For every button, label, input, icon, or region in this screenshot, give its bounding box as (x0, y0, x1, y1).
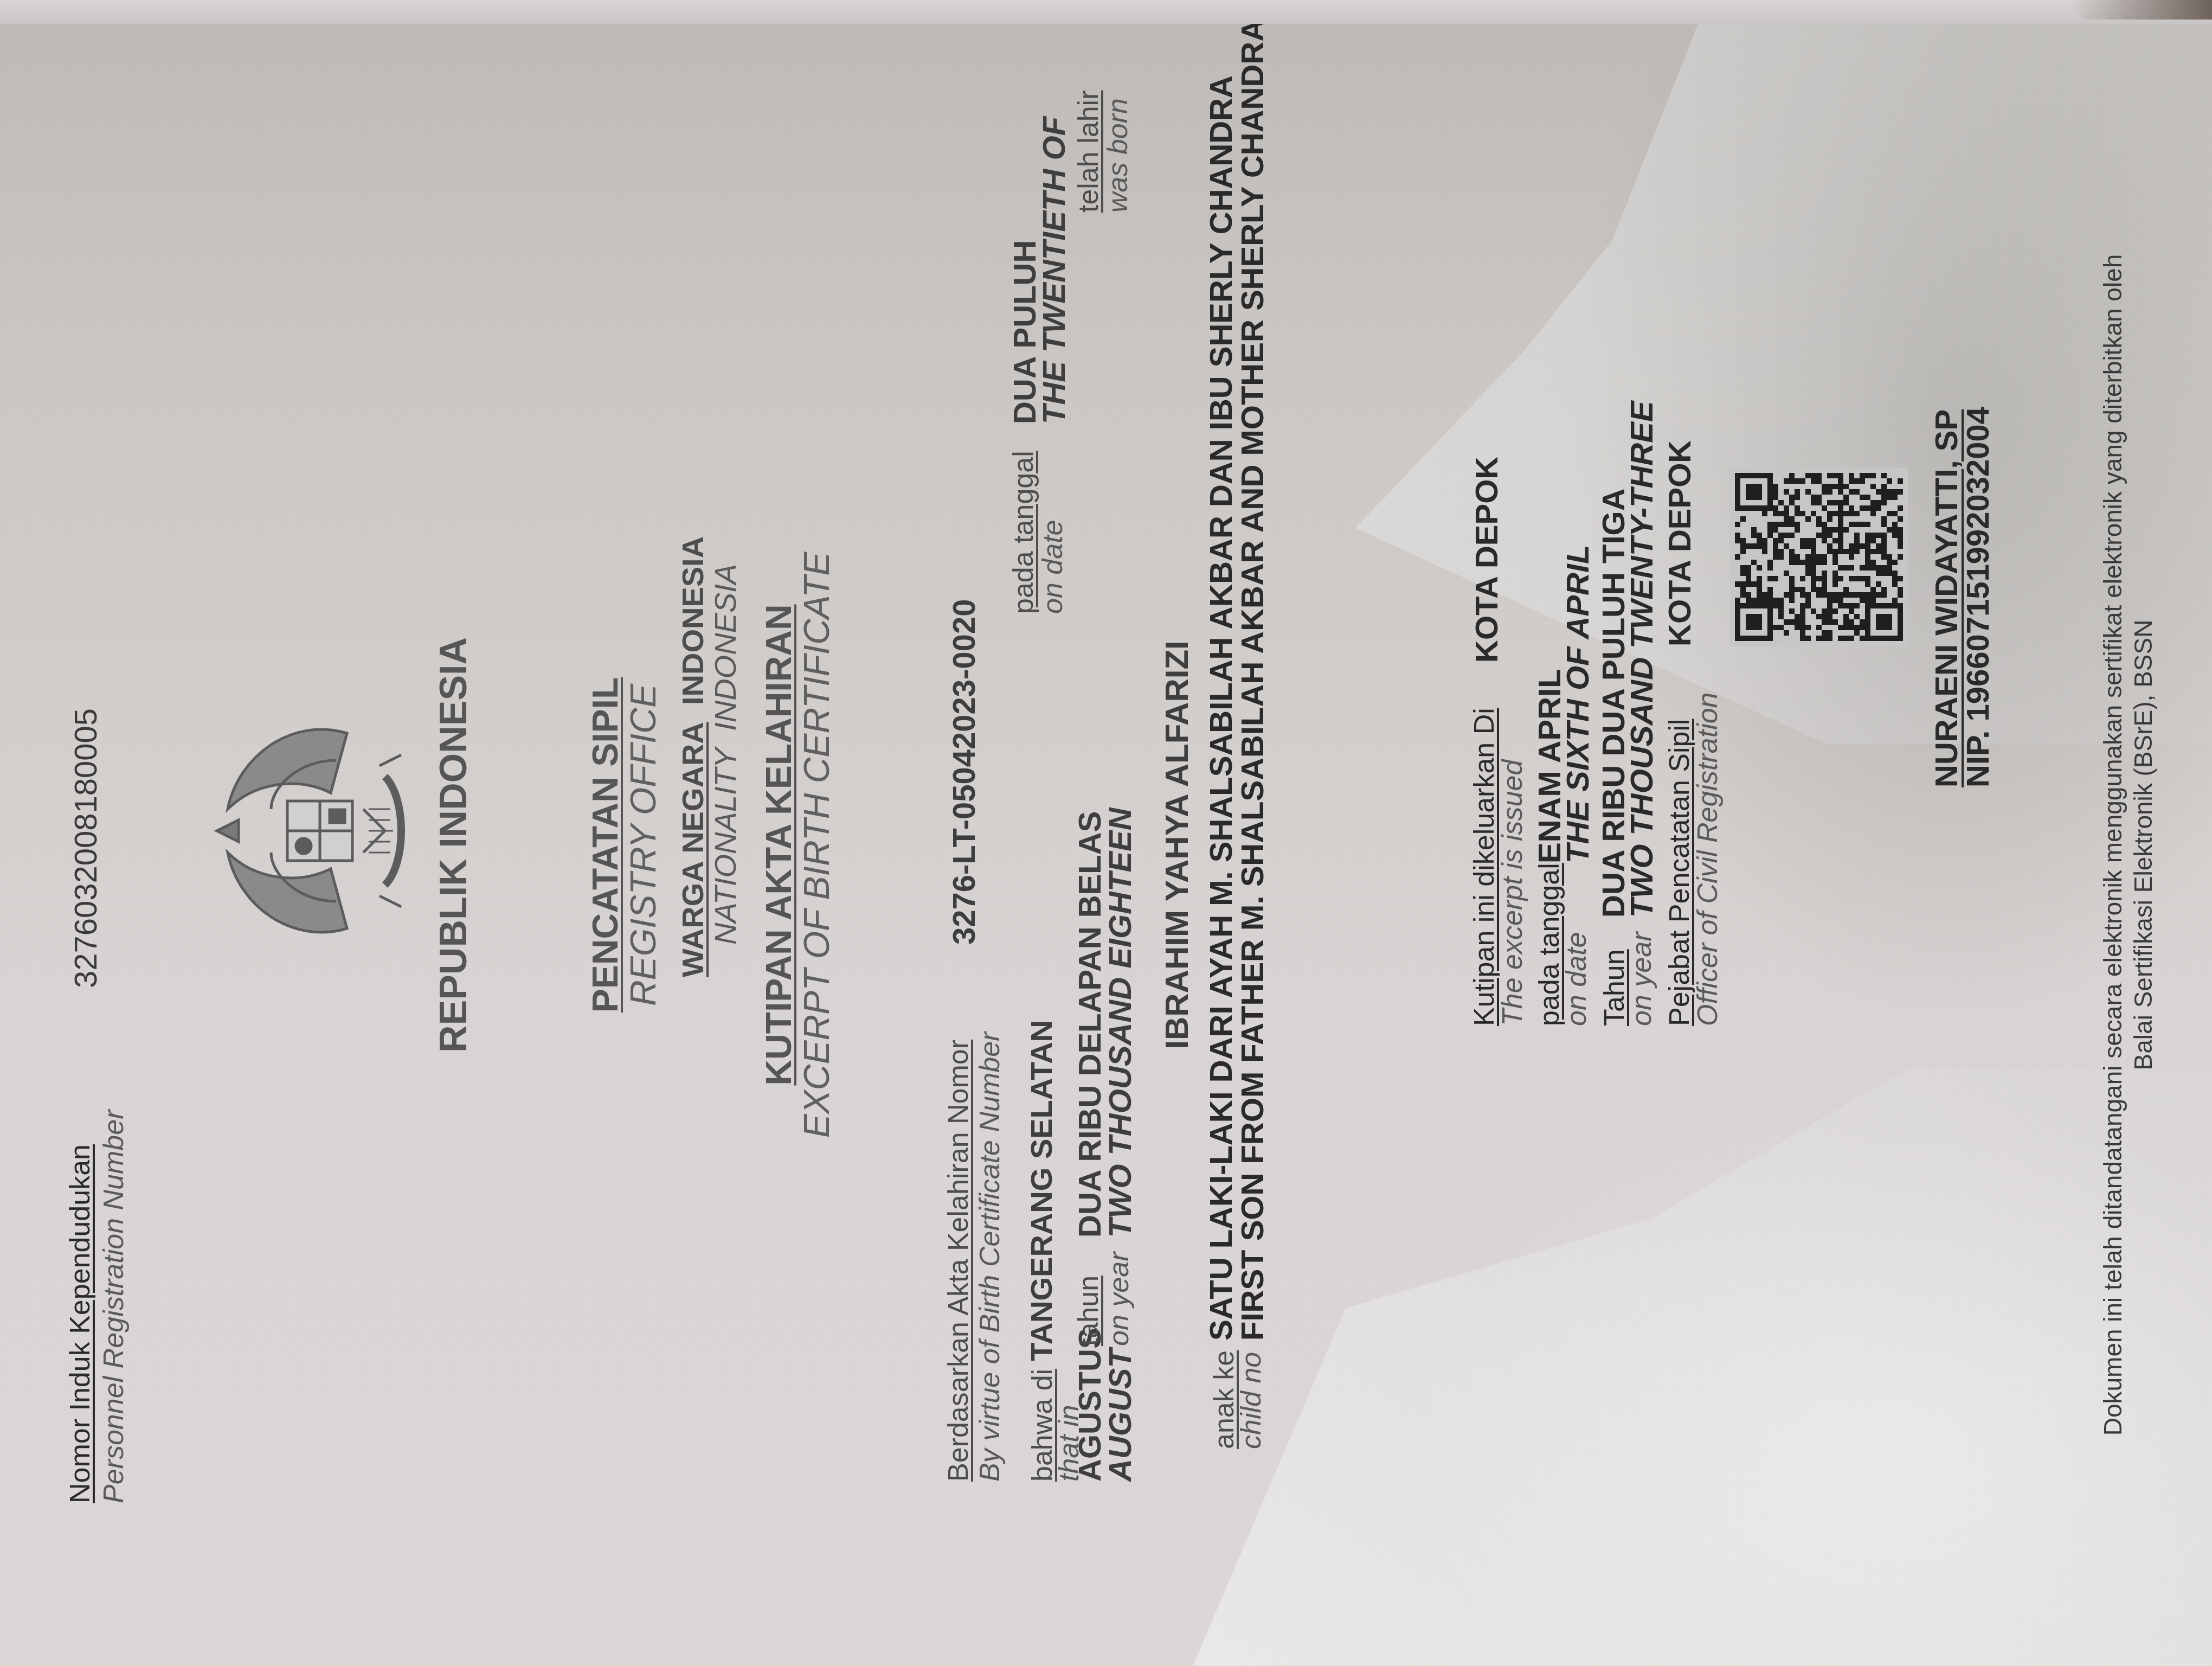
nik-value: 3276032008180005 (69, 708, 103, 988)
child-order-value-en: FIRST SON FROM FATHER M. SHALSABILAH AKB… (1236, 24, 1270, 1341)
officer-label: Pejabat Pencatatan Sipil (1664, 719, 1695, 1026)
light-glare (1193, 1069, 2212, 1666)
issue-year-label-en: on year (1626, 932, 1657, 1026)
birth-year-value-en: TWO THOUSAND EIGHTEEN (1104, 808, 1137, 1238)
office-title-en: REGISTRY OFFICE (623, 24, 663, 1666)
cert-number-label: Berdasarkan Akta Kelahiran Nomor (943, 1040, 974, 1482)
was-born-label-en: was born (1103, 98, 1133, 213)
nationality-value-en: INDONESIA (708, 564, 742, 731)
cert-number-value: 3276-LT-05042023-0020 (948, 599, 981, 945)
signatory-name: NURAENI WIDAYATTI, SP (1930, 409, 1964, 787)
birth-year-value: DUA RIBU DELAPAN BELAS (1073, 811, 1107, 1238)
footer-line-2: Balai Sertifikasi Elektronik (BSrE), BSS… (2129, 24, 2158, 1666)
cert-number-label-en: By virtue of Birth Certificate Number (975, 1032, 1005, 1482)
country-title: REPUBLIK INDONESIA (434, 24, 473, 1666)
issue-place-label-en: The excerpt is issued (1497, 760, 1528, 1026)
was-born-label: telah lahir (1073, 91, 1104, 213)
issue-date-label-en: on date (1561, 932, 1592, 1027)
child-order-label-en: child no (1236, 1352, 1266, 1449)
birth-place-value: TANGERANG SELATAN (1024, 1020, 1058, 1361)
birth-month-value-en: AUGUST (1104, 1349, 1137, 1482)
document-photo: Nomor Induk Kependudukan Personnel Regis… (0, 24, 2212, 1666)
nationality-label: WARGA NEGARA (676, 722, 710, 977)
birth-certificate-page: Nomor Induk Kependudukan Personnel Regis… (0, 24, 2212, 1666)
officer-label-en: Officer of Civil Registration (1693, 692, 1723, 1026)
birth-month-value: AGUSTUS (1073, 1328, 1107, 1482)
document-title: KUTIPAN AKTA KELAHIRAN (759, 24, 798, 1666)
birth-date-label-en: on date (1038, 520, 1068, 614)
document-title-en: EXCERPT OF BIRTH CERTIFICATE (797, 24, 836, 1666)
issue-date-value-en: THE SIXTH OF APRIL (1561, 544, 1595, 863)
issue-year-value-en: TWO THOUSAND TWENTY-THREE (1625, 401, 1659, 918)
birth-date-label: pada tanggal (1008, 451, 1039, 614)
background-object (2071, 0, 2212, 20)
table-surface (0, 0, 2212, 24)
footer-line-1: Dokumen ini telah ditandatangani secara … (2098, 24, 2127, 1666)
nationality-label-en: NATIONALITY (708, 748, 742, 945)
issue-place-value: KOTA DEPOK (1470, 457, 1504, 663)
issue-place-label: Kutipan ini dikeluarkan Di (1469, 708, 1500, 1026)
nik-label: Nomor Induk Kependudukan (65, 1144, 95, 1503)
birth-year-label-en: on year (1104, 1252, 1134, 1346)
issue-year-label: Tahun (1599, 949, 1630, 1026)
nationality-value: INDONESIA (676, 536, 710, 705)
child-order-label: anak ke (1209, 1350, 1239, 1449)
qr-code-icon[interactable] (1729, 467, 1908, 646)
birth-day-value-en: THE TWENTIETH OF (1038, 117, 1071, 424)
signatory-nip: NIP. 196607151992032004 (1962, 407, 1995, 787)
birth-year-label: tahun (1073, 1276, 1104, 1346)
child-name: IBRAHIM YAHYA ALFARIZI (1160, 24, 1194, 1666)
office-title: PENCATATAN SIPIL (586, 24, 625, 1666)
officer-place-value: KOTA DEPOK (1663, 440, 1697, 646)
issue-date-label: pada tanggal (1534, 863, 1565, 1026)
nik-label-en: Personnel Registration Number (99, 1110, 129, 1503)
garuda-pancasila-emblem-icon (206, 701, 434, 961)
child-order-value: SATU LAKI-LAKI DARI AYAH M. SHALSABILAH … (1205, 75, 1238, 1341)
